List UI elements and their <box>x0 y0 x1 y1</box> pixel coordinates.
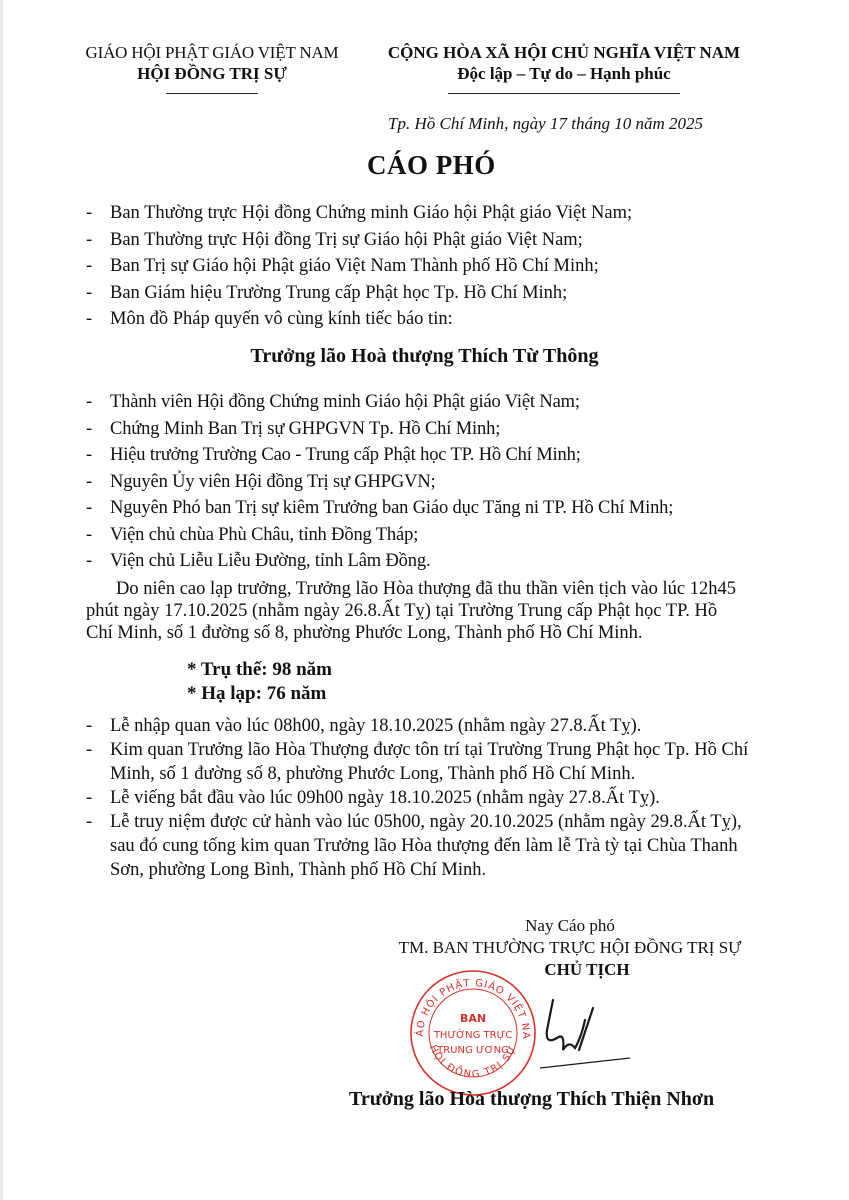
official-seal-icon: GIÁO HỘI PHẬT GIÁO VIỆT NAM HỘI ĐỒNG TRỊ… <box>403 970 543 1096</box>
bullet-dash: - <box>86 389 92 416</box>
recipients-list: -Ban Thường trực Hội đồng Chứng minh Giá… <box>86 200 632 333</box>
document-title: CÁO PHÓ <box>367 150 496 181</box>
svg-text:THƯỜNG TRỰC: THƯỜNG TRỰC <box>433 1028 512 1041</box>
svg-text:TRUNG ƯƠNG: TRUNG ƯƠNG <box>436 1045 509 1056</box>
deceased-name: Trưởng lão Hoà thượng Thích Từ Thông <box>0 345 849 368</box>
title-item-text: Viện chủ Liễu Liễu Đường, tỉnh Lâm Đồng. <box>110 551 430 571</box>
event-item: -Lễ truy niệm được cử hành vào lúc 05h00… <box>86 810 750 882</box>
title-item: -Hiệu trưởng Trường Cao - Trung cấp Phật… <box>86 442 673 469</box>
funeral-events-list: -Lễ nhập quan vào lúc 08h00, ngày 18.10.… <box>86 714 750 882</box>
national-header: CỘNG HÒA XÃ HỘI CHỦ NGHĨA VIỆT NAM Độc l… <box>368 42 760 94</box>
recipient-item: -Ban Giám hiệu Trường Trung cấp Phật học… <box>86 280 632 307</box>
bullet-dash: - <box>86 227 92 254</box>
age-secular: * Trụ thế: 98 năm <box>187 658 332 682</box>
closing-on-behalf: TM. BAN THƯỜNG TRỰC HỘI ĐỒNG TRỊ SỰ <box>380 937 760 959</box>
national-motto: Độc lập – Tự do – Hạnh phúc <box>368 63 760 84</box>
ages-block: * Trụ thế: 98 năm * Hạ lạp: 76 năm <box>187 658 332 706</box>
event-item: -Lễ nhập quan vào lúc 08h00, ngày 18.10.… <box>86 714 750 738</box>
title-item: -Viện chủ Liễu Liễu Đường, tỉnh Lâm Đồng… <box>86 548 673 575</box>
event-item-text: Lễ truy niệm được cử hành vào lúc 05h00,… <box>110 812 742 880</box>
recipient-item-text: Ban Thường trực Hội đồng Trị sự Giáo hội… <box>110 230 583 250</box>
bullet-dash: - <box>86 548 92 575</box>
title-item: -Chứng Minh Ban Trị sự GHPGVN Tp. Hồ Chí… <box>86 416 673 443</box>
bullet-dash: - <box>86 714 92 738</box>
motto-underline <box>448 93 680 94</box>
title-item-text: Nguyên Ủy viên Hội đồng Trị sự GHPGVN; <box>110 472 436 492</box>
recipient-item: -Ban Trị sự Giáo hội Phật giáo Việt Nam … <box>86 253 632 280</box>
bullet-dash: - <box>86 306 92 333</box>
bullet-dash: - <box>86 416 92 443</box>
recipient-item-text: Ban Thường trực Hội đồng Chứng minh Giáo… <box>110 203 632 223</box>
bullet-dash: - <box>86 738 92 762</box>
signature-icon <box>535 990 635 1080</box>
obituary-document: GIÁO HỘI PHẬT GIÁO VIỆT NAM HỘI ĐỒNG TRỊ… <box>0 0 849 1200</box>
bullet-dash: - <box>86 280 92 307</box>
national-title: CỘNG HÒA XÃ HỘI CHỦ NGHĨA VIỆT NAM <box>368 42 760 63</box>
bullet-dash: - <box>86 200 92 227</box>
title-item: -Nguyên Phó ban Trị sự kiêm Trưởng ban G… <box>86 495 673 522</box>
issuer-council: HỘI ĐỒNG TRỊ SỰ <box>78 63 346 84</box>
recipient-item-text: Ban Trị sự Giáo hội Phật giáo Việt Nam T… <box>110 256 599 276</box>
passing-paragraph: Do niên cao lạp trưởng, Trưởng lão Hòa t… <box>86 578 746 644</box>
age-monastic: * Hạ lạp: 76 năm <box>187 682 332 706</box>
closing-notice: Nay Cáo phó <box>380 915 760 937</box>
svg-text:BAN: BAN <box>460 1012 486 1025</box>
recipient-item-text: Ban Giám hiệu Trường Trung cấp Phật học … <box>110 283 567 303</box>
event-item-text: Lễ viếng bắt đầu vào lúc 09h00 ngày 18.1… <box>110 788 660 808</box>
title-item-text: Hiệu trưởng Trường Cao - Trung cấp Phật … <box>110 445 581 465</box>
event-item-text: Lễ nhập quan vào lúc 08h00, ngày 18.10.2… <box>110 716 641 736</box>
title-item-text: Viện chủ chùa Phù Châu, tỉnh Đồng Tháp; <box>110 525 418 545</box>
event-item: -Kim quan Trưởng lão Hòa Thượng được tôn… <box>86 738 750 786</box>
passing-text: Do niên cao lạp trưởng, Trưởng lão Hòa t… <box>86 579 736 643</box>
recipient-item: -Ban Thường trực Hội đồng Trị sự Giáo hộ… <box>86 227 632 254</box>
bullet-dash: - <box>86 253 92 280</box>
title-item-text: Nguyên Phó ban Trị sự kiêm Trưởng ban Gi… <box>110 498 673 518</box>
bullet-dash: - <box>86 810 92 834</box>
event-item-text: Kim quan Trưởng lão Hòa Thượng được tôn … <box>110 740 748 784</box>
signer-name: Trưởng lão Hòa thượng Thích Thiện Nhơn <box>349 1088 714 1111</box>
title-item: -Nguyên Ủy viên Hội đồng Trị sự GHPGVN; <box>86 469 673 496</box>
bullet-dash: - <box>86 469 92 496</box>
issuer-header: GIÁO HỘI PHẬT GIÁO VIỆT NAM HỘI ĐỒNG TRỊ… <box>78 42 346 94</box>
bullet-dash: - <box>86 495 92 522</box>
title-item-text: Thành viên Hội đồng Chứng minh Giáo hội … <box>110 392 580 412</box>
title-item: -Viện chủ chùa Phù Châu, tỉnh Đồng Tháp; <box>86 522 673 549</box>
recipient-item: -Môn đồ Pháp quyến vô cùng kính tiếc báo… <box>86 306 632 333</box>
recipient-item: -Ban Thường trực Hội đồng Chứng minh Giá… <box>86 200 632 227</box>
title-item: -Thành viên Hội đồng Chứng minh Giáo hội… <box>86 389 673 416</box>
bullet-dash: - <box>86 522 92 549</box>
bullet-dash: - <box>86 442 92 469</box>
issuer-underline <box>166 93 258 94</box>
event-item: -Lễ viếng bắt đầu vào lúc 09h00 ngày 18.… <box>86 786 750 810</box>
issuer-organization: GIÁO HỘI PHẬT GIÁO VIỆT NAM <box>78 42 346 63</box>
scan-edge <box>0 0 3 1200</box>
deceased-titles-list: -Thành viên Hội đồng Chứng minh Giáo hội… <box>86 389 673 575</box>
dateline: Tp. Hồ Chí Minh, ngày 17 tháng 10 năm 20… <box>388 114 703 134</box>
recipient-item-text: Môn đồ Pháp quyến vô cùng kính tiếc báo … <box>110 309 453 329</box>
bullet-dash: - <box>86 786 92 810</box>
title-item-text: Chứng Minh Ban Trị sự GHPGVN Tp. Hồ Chí … <box>110 419 500 439</box>
